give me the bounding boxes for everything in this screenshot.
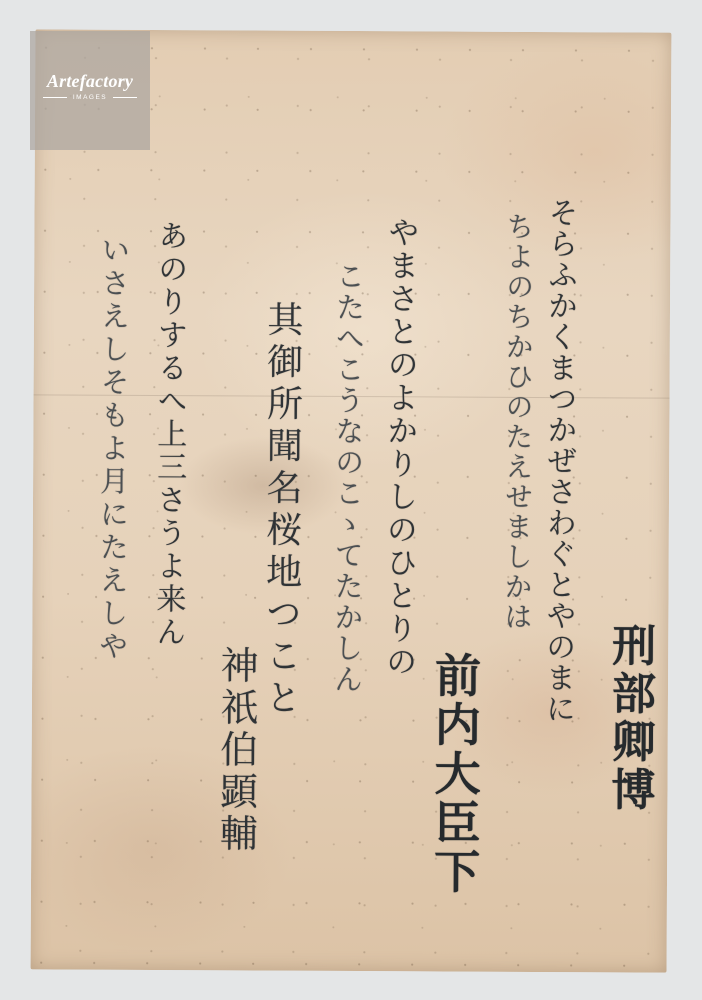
calligraphy-column: あのりするへ上三さうよ来ん [152, 220, 184, 649]
watermark-sub-label: IMAGES [73, 94, 107, 101]
calligraphy-column: こたへこうなのこゝてたかしん [332, 261, 363, 695]
artefactory-watermark: Artefactory IMAGES [30, 31, 150, 150]
calligraphy-column: いさえしそもよ月にたえしや [97, 235, 128, 664]
calligraphy-column: そらふかくまつかぜさわぐとやのまに [542, 197, 575, 724]
calligraphy-column-title: 刑部卿博 [606, 622, 651, 814]
manuscript-paper: 刑部卿博 そらふかくまつかぜさわぐとやのまに ちよのちかひのたえせましかは 前内… [31, 29, 672, 972]
calligraphy-column-signature: 前内大臣下 [431, 651, 478, 896]
divider [113, 97, 137, 98]
calligraphy-column: やまさとのよかりしのひとりの [382, 216, 415, 678]
divider [43, 97, 67, 98]
watermark-brand: Artefactory [47, 71, 133, 92]
watermark-sub: IMAGES [43, 94, 137, 101]
calligraphy-column: 其御所聞名桜地つこと [262, 301, 300, 721]
calligraphy-column-signature: 神祇伯顕輔 [216, 645, 255, 855]
calligraphy-column: ちよのちかひのたえせましかは [502, 212, 532, 632]
